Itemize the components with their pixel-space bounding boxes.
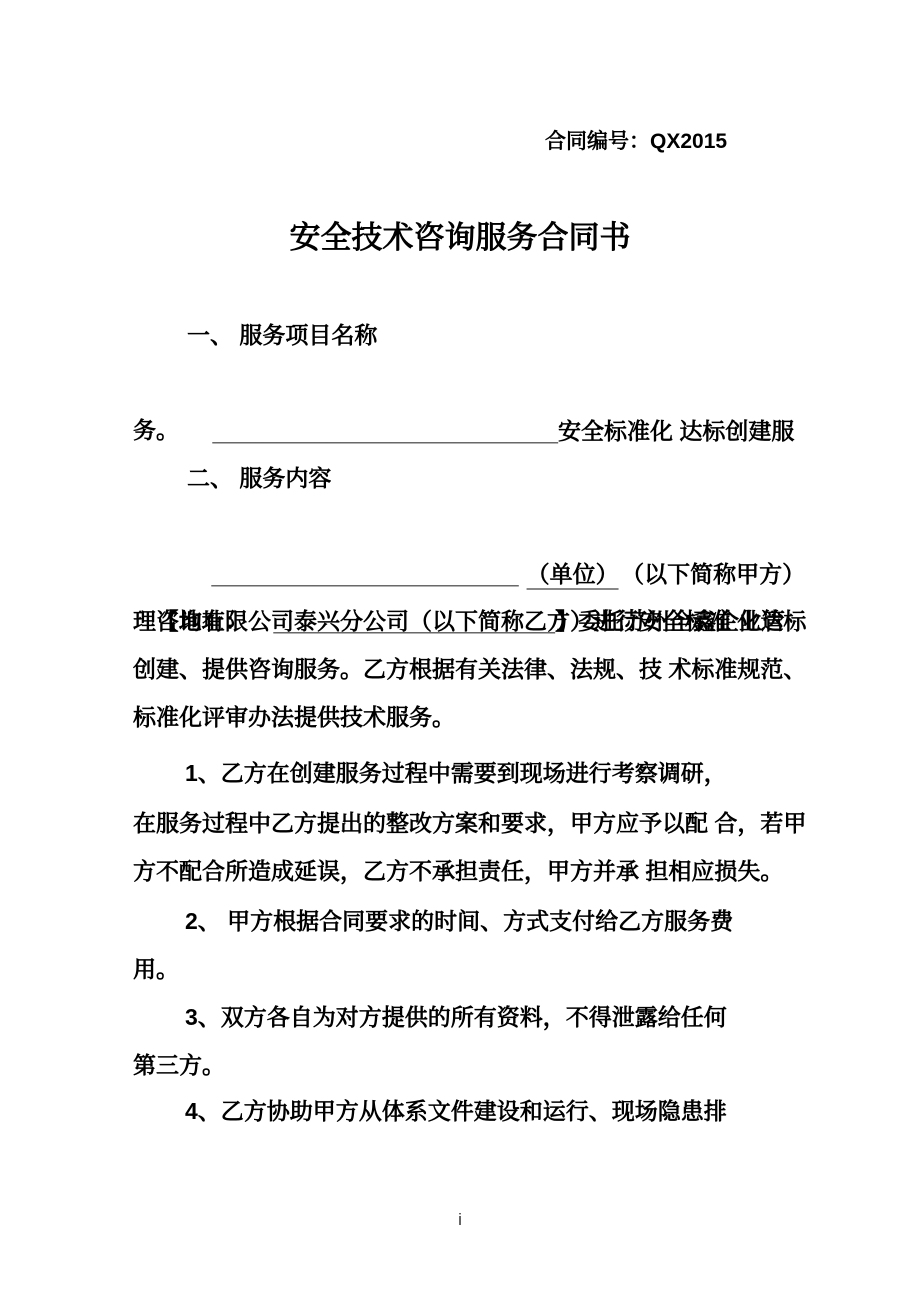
body-paragraph-line-2: 创建、提供咨询服务。乙方根据有关法律、法规、技 术标准规范、 [133, 645, 806, 693]
section-1-value: 安全标准化 达标创建服 [558, 418, 794, 444]
body-paragraph-line-1: 理咨询有限公司泰兴分公司（以下简称乙方）进行安全标准 化达标 [133, 597, 806, 645]
document-title: 安全技术咨询服务合同书 [0, 214, 920, 262]
blank-underline: ___________________________ [213, 418, 558, 444]
section-1-heading: 一、 服务项目名称 [187, 311, 377, 359]
body-paragraph-line-3: 标准化评审办法提供技术服务。 [133, 693, 455, 741]
item-1-line-3: 方不配合所造成延误，乙方不承担责任，甲方并承 担相应损失。 [133, 847, 783, 895]
item-1-line-1: 1、乙方在创建服务过程中需要到现场进行考察调研， [185, 749, 727, 797]
item-3-line-2: 第三方。 [133, 1041, 225, 1089]
contract-number: 合同编号：QX2015 [545, 118, 727, 166]
item-3-line-1: 3、双方各自为对方提供的所有资料，不得泄露给任何 [185, 993, 727, 1041]
item-4-line-1: 4、乙方协助甲方从体系文件建设和运行、现场隐患排 [185, 1087, 727, 1135]
section-1-value-continuation: 务。 [133, 406, 179, 454]
document-page: 合同编号：QX2015 安全技术咨询服务合同书 一、 服务项目名称 ______… [0, 0, 920, 1303]
item-2-line-1: 2、 甲方根据合同要求的时间、方式支付给乙方服务费 [185, 897, 733, 945]
item-1-line-2: 在服务过程中乙方提出的整改方案和要求，甲方应予以配 合，若甲 [133, 799, 806, 847]
page-number: i [0, 1196, 920, 1244]
item-2-line-2: 用。 [133, 945, 179, 993]
section-2-heading: 二、 服务内容 [187, 454, 331, 502]
